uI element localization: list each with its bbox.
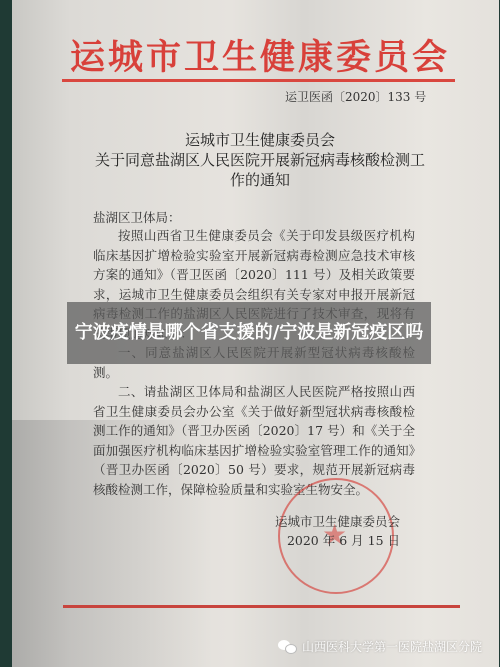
addressee: 盐湖区卫体局： (93, 208, 181, 226)
source-watermark: 山西医科大学第一医院盐湖区分院 (278, 638, 482, 655)
footer-rule (63, 605, 460, 608)
title-line: 运城市卫生健康委员会 (90, 130, 430, 150)
title-line: 关于同意盐湖区人民医院开展新冠病毒核酸检测工 (90, 150, 430, 170)
title-line: 作的通知 (90, 170, 430, 190)
signature-org: 运城市卫生健康委员会 (260, 512, 400, 531)
signature-date: 2020 年 6 月 15 日 (260, 531, 400, 550)
headline-overlay: 宁波疫情是哪个省支援的/宁波是新冠疫区吗 (67, 302, 431, 364)
document-masthead: 运城市卫生健康委员会 (60, 30, 460, 80)
document-title: 运城市卫生健康委员会 关于同意盐湖区人民医院开展新冠病毒核酸检测工 作的通知 (90, 130, 430, 190)
signature-block: 运城市卫生健康委员会 2020 年 6 月 15 日 (260, 512, 400, 550)
masthead-rule (62, 79, 455, 82)
wechat-icon (278, 640, 298, 654)
paragraph: 二、请盐湖区卫体局和盐湖区人民医院严格按照山西省卫生健康委员会办公室《关于做好新… (93, 382, 415, 499)
headline-title: 宁波疫情是哪个省支援的/宁波是新冠疫区吗 (69, 321, 430, 345)
document-number: 运卫医函〔2020〕133 号 (285, 88, 426, 105)
watermark-text: 山西医科大学第一医院盐湖区分院 (302, 638, 482, 655)
